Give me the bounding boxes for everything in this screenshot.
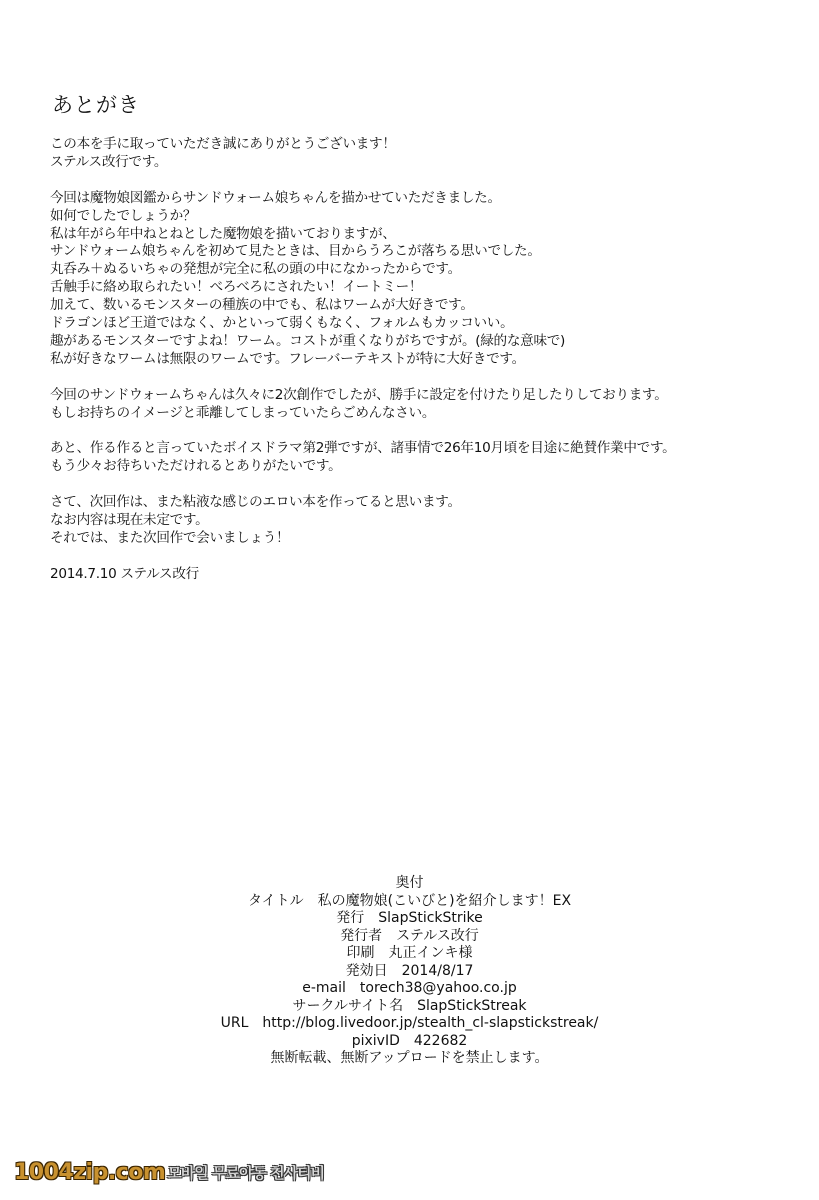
text-line: さて、次回作は、また粘液な感じのエロい本を作ってると思います。: [50, 494, 800, 512]
colophon-issuer: 発行者 ステルス改行: [0, 928, 819, 946]
colophon-publisher: 発行 SlapStickStrike: [0, 910, 819, 928]
text-line: 丸呑み＋ぬるいちゃの発想が完全に私の頭の中になかったからです。: [50, 261, 800, 279]
text-line: 今回のサンドウォームちゃんは久々に2次創作でしたが、勝手に設定を付けたり足したり…: [50, 387, 800, 405]
watermark-tagline: 모바일 무료야동 천사티비: [167, 1162, 324, 1183]
colophon-date: 発効日 2014/8/17: [0, 963, 819, 981]
text-line: ステルス改行です。: [50, 154, 800, 172]
text-line: なお内容は現在未定です。: [50, 512, 800, 530]
colophon-circle-site: サークルサイト名 SlapStickStreak: [0, 998, 819, 1016]
watermark: 1004zip.com 모바일 무료야동 천사티비: [14, 1157, 324, 1187]
watermark-domain: 1004zip.com: [14, 1160, 165, 1185]
signature-date-author: 2014.7.10 ステルス改行: [50, 566, 800, 584]
paragraph-next-work: さて、次回作は、また粘液な感じのエロい本を作ってると思います。 なお内容は現在未…: [50, 494, 800, 548]
colophon-pixiv: pixivID 422682: [0, 1033, 819, 1051]
text-line: この本を手に取っていただき誠にありがとうございます！: [50, 136, 800, 154]
signature: 2014.7.10 ステルス改行: [50, 566, 800, 584]
text-line: 如何でしたでしょうか？: [50, 208, 800, 226]
text-line: 私は年がら年中ねとねとした魔物娘を描いておりますが、: [50, 226, 800, 244]
text-line: 私が好きなワームは無限のワームです。フレーバーテキストが特に大好きです。: [50, 351, 800, 369]
text-line: 今回は魔物娘図鑑からサンドウォーム娘ちゃんを描かせていただきました。: [50, 190, 800, 208]
text-line: もう少々お待ちいただけれるとありがたいです。: [50, 458, 800, 476]
text-line: それでは、また次回作で会いましょう！: [50, 530, 800, 548]
paragraph-thanks: この本を手に取っていただき誠にありがとうございます！ ステルス改行です。: [50, 136, 800, 172]
colophon-notice: 無断転載、無断アップロードを禁止します。: [0, 1050, 819, 1068]
text-line: もしお持ちのイメージと乖離してしまっていたらごめんなさい。: [50, 405, 800, 423]
afterword-title: あとがき: [52, 92, 140, 118]
colophon-url: URL http://blog.livedoor.jp/stealth_cl-s…: [0, 1015, 819, 1033]
paragraph-sandworm: 今回は魔物娘図鑑からサンドウォーム娘ちゃんを描かせていただきました。 如何でした…: [50, 190, 800, 369]
colophon-printer: 印刷 丸正インキ様: [0, 945, 819, 963]
paragraph-voice-drama: あと、作る作ると言っていたボイスドラマ第2弾ですが、諸事情で26年10月頃を目途…: [50, 440, 800, 476]
afterword-body: この本を手に取っていただき誠にありがとうございます！ ステルス改行です。 今回は…: [50, 136, 800, 601]
colophon: 奥付 タイトル 私の魔物娘(こいびと)を紹介します！EX 発行 SlapStic…: [0, 875, 819, 1068]
colophon-heading: 奥付: [0, 875, 819, 893]
text-line: サンドウォーム娘ちゃんを初めて見たときは、目からうろこが落ちる思いでした。: [50, 243, 800, 261]
text-line: 加えて、数いるモンスターの種族の中でも、私はワームが大好きです。: [50, 297, 800, 315]
paragraph-fanwork: 今回のサンドウォームちゃんは久々に2次創作でしたが、勝手に設定を付けたり足したり…: [50, 387, 800, 423]
colophon-title: タイトル 私の魔物娘(こいびと)を紹介します！EX: [0, 893, 819, 911]
text-line: ドラゴンほど王道ではなく、かといって弱くもなく、フォルムもカッコいい。: [50, 315, 800, 333]
text-line: 舌触手に絡め取られたい！べろべろにされたい！イートミー！: [50, 279, 800, 297]
text-line: あと、作る作ると言っていたボイスドラマ第2弾ですが、諸事情で26年10月頃を目途…: [50, 440, 800, 458]
text-line: 趣があるモンスターですよね！ワーム。コストが重くなりがちですが。(緑的な意味で): [50, 333, 800, 351]
colophon-email: e-mail torech38@yahoo.co.jp: [0, 980, 819, 998]
